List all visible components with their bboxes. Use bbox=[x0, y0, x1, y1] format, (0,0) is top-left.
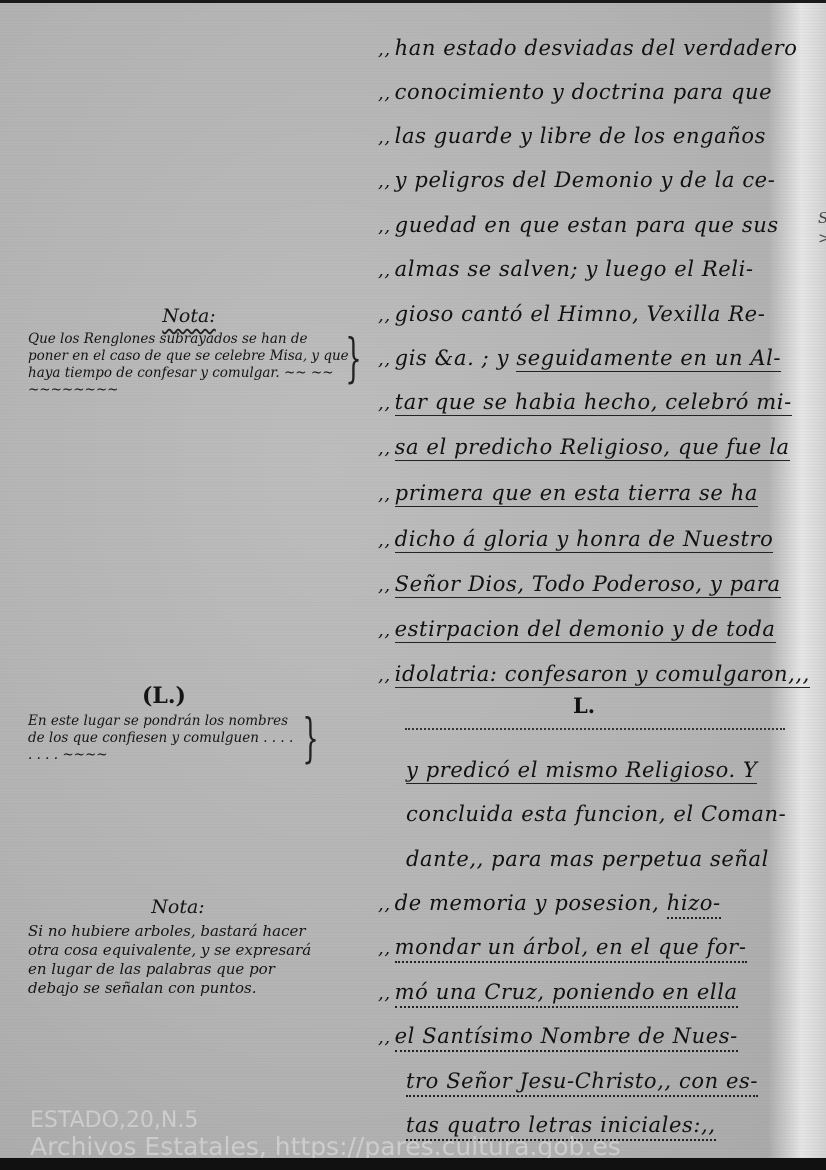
section-marker: L. bbox=[573, 693, 595, 718]
quotation-mark: ,, bbox=[378, 83, 391, 104]
text-segment: las guarde y libre de los engaños bbox=[395, 124, 766, 148]
dotted-underlined-text: hizo- bbox=[667, 891, 721, 919]
adjacent-page-edge: S> bbox=[818, 208, 826, 248]
note-title: Nota: bbox=[28, 896, 328, 918]
text-line: y predicó el mismo Religioso. Y bbox=[406, 758, 757, 782]
quotation-mark: ,, bbox=[378, 1027, 391, 1048]
text-line: ,,y peligros del Demonio y de la ce- bbox=[378, 168, 775, 192]
quotation-mark: ,, bbox=[378, 127, 391, 148]
quotation-mark: ,, bbox=[378, 260, 391, 281]
text-line: concluida esta funcion, el Coman- bbox=[406, 802, 786, 826]
text-segment: gis &a. ; y bbox=[395, 346, 517, 370]
text-line: dante,, para mas perpetua señal bbox=[406, 847, 769, 871]
margin-note-underlined-lines: Nota: Que los Renglones subrayados se ha… bbox=[28, 305, 350, 399]
dotted-underlined-text: el Santísimo Nombre de Nues- bbox=[395, 1024, 738, 1052]
note-body: En este lugar se pondrán los nombres de … bbox=[28, 713, 300, 764]
text-segment: guedad en que estan para que sus bbox=[395, 213, 779, 237]
dotted-underlined-text: mondar un árbol, en el que for- bbox=[395, 935, 747, 963]
margin-note-L: (L.) En este lugar se pondrán los nombre… bbox=[28, 683, 300, 764]
note-title: Nota: bbox=[28, 305, 350, 327]
quotation-mark: ,, bbox=[378, 665, 391, 686]
text-segment: de memoria y posesion, bbox=[395, 891, 667, 915]
text-segment: concluida esta funcion, el Coman- bbox=[406, 802, 786, 826]
note-title: (L.) bbox=[28, 683, 300, 709]
archive-credit: Archivos Estatales, https://pares.cultur… bbox=[30, 1132, 621, 1161]
quotation-mark: ,, bbox=[378, 349, 391, 370]
underlined-text: y predicó el mismo Religioso. Y bbox=[406, 758, 757, 784]
text-line: ,,el Santísimo Nombre de Nues- bbox=[378, 1024, 738, 1048]
underlined-text: Señor Dios, Todo Poderoso, y para bbox=[395, 572, 781, 598]
quotation-mark: ,, bbox=[378, 171, 391, 192]
quotation-mark: ,, bbox=[378, 530, 391, 551]
archive-reference: ESTADO,20,N.5 bbox=[30, 1108, 198, 1133]
text-segment: han estado desviadas del verdadero bbox=[395, 36, 798, 60]
underlined-text: idolatria: confesaron y comulgaron,,, bbox=[395, 662, 810, 688]
text-segment: almas se salven; y luego el Reli- bbox=[395, 257, 754, 281]
text-line: ,,gis &a. ; y seguidamente en un Al- bbox=[378, 346, 781, 370]
underlined-text: estirpacion del demonio y de toda bbox=[395, 617, 776, 643]
names-placeholder-dotted-line bbox=[405, 728, 785, 730]
scan-border bbox=[0, 1158, 826, 1170]
manuscript-page: Nota: Que los Renglones subrayados se ha… bbox=[0, 3, 826, 1158]
dotted-underlined-text: tro Señor Jesu-Christo,, con es- bbox=[406, 1069, 758, 1097]
text-line: ,,primera que en esta tierra se ha bbox=[378, 481, 758, 505]
text-line: ,,estirpacion del demonio y de toda bbox=[378, 617, 776, 641]
text-segment: gioso cantó el Himno, Vexilla Re- bbox=[395, 302, 766, 326]
quotation-mark: ,, bbox=[378, 620, 391, 641]
text-line: ,,Señor Dios, Todo Poderoso, y para bbox=[378, 572, 781, 596]
underlined-text: primera que en esta tierra se ha bbox=[395, 481, 758, 507]
text-line: ,,almas se salven; y luego el Reli- bbox=[378, 257, 754, 281]
quotation-mark: ,, bbox=[378, 216, 391, 237]
text-segment: y peligros del Demonio y de la ce- bbox=[395, 168, 776, 192]
quotation-mark: ,, bbox=[378, 484, 391, 505]
quotation-mark: ,, bbox=[378, 39, 391, 60]
text-line: ,,de memoria y posesion, hizo- bbox=[378, 891, 721, 915]
text-line: ,,mó una Cruz, poniendo en ella bbox=[378, 980, 738, 1004]
note-body: Que los Renglones subrayados se han de p… bbox=[28, 331, 350, 399]
text-segment: conocimiento y doctrina para que bbox=[395, 80, 772, 104]
quotation-mark: ,, bbox=[378, 438, 391, 459]
text-line: ,,mondar un árbol, en el que for- bbox=[378, 935, 747, 959]
quotation-mark: ,, bbox=[378, 575, 391, 596]
note-body: Si no hubiere arboles, bastará hacer otr… bbox=[28, 922, 328, 998]
text-line: ,,han estado desviadas del verdadero bbox=[378, 36, 798, 60]
dotted-underlined-text: mó una Cruz, poniendo en ella bbox=[395, 980, 738, 1008]
margin-note-trees: Nota: Si no hubiere arboles, bastará hac… bbox=[28, 896, 328, 998]
text-line: ,,guedad en que estan para que sus bbox=[378, 213, 779, 237]
text-line: ,,sa el predicho Religioso, que fue la bbox=[378, 435, 790, 459]
underlined-text: seguidamente en un Al- bbox=[516, 346, 781, 372]
quotation-mark: ,, bbox=[378, 983, 391, 1004]
quotation-mark: ,, bbox=[378, 393, 391, 414]
text-line: ,,las guarde y libre de los engaños bbox=[378, 124, 766, 148]
quotation-mark: ,, bbox=[378, 938, 391, 959]
quotation-mark: ,, bbox=[378, 894, 391, 915]
text-line: ,,conocimiento y doctrina para que bbox=[378, 80, 772, 104]
text-line: ,,tar que se habia hecho, celebró mi- bbox=[378, 390, 792, 414]
brace-icon: } bbox=[302, 713, 319, 765]
brace-icon: } bbox=[345, 333, 362, 385]
text-line: tro Señor Jesu-Christo,, con es- bbox=[406, 1069, 758, 1093]
text-line: ,,gioso cantó el Himno, Vexilla Re- bbox=[378, 302, 765, 326]
underlined-text: tar que se habia hecho, celebró mi- bbox=[395, 390, 792, 416]
text-segment: dante,, para mas perpetua señal bbox=[406, 847, 769, 871]
text-line: ,,idolatria: confesaron y comulgaron,,, bbox=[378, 662, 810, 686]
underlined-text: dicho á gloria y honra de Nuestro bbox=[395, 527, 774, 553]
quotation-mark: ,, bbox=[378, 305, 391, 326]
underlined-text: sa el predicho Religioso, que fue la bbox=[395, 435, 790, 461]
text-line: ,,dicho á gloria y honra de Nuestro bbox=[378, 527, 773, 551]
